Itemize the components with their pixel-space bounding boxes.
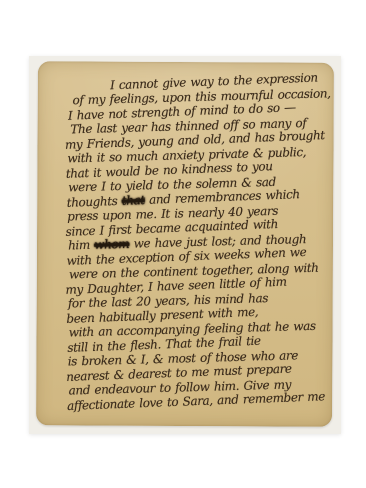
scan-mat: I cannot give way to the expression of m… [29,56,341,434]
letter-text-block: I cannot give way to the expression of m… [56,71,334,413]
letter-scan-page: { "artwork": { "kind": "handwritten-lett… [0,0,366,488]
letter-paper: I cannot give way to the expression of m… [36,61,334,427]
scribbled-out-word: whom [94,236,129,251]
letter-line-pre: him [68,237,95,252]
scribbled-out-word: that [122,193,145,208]
